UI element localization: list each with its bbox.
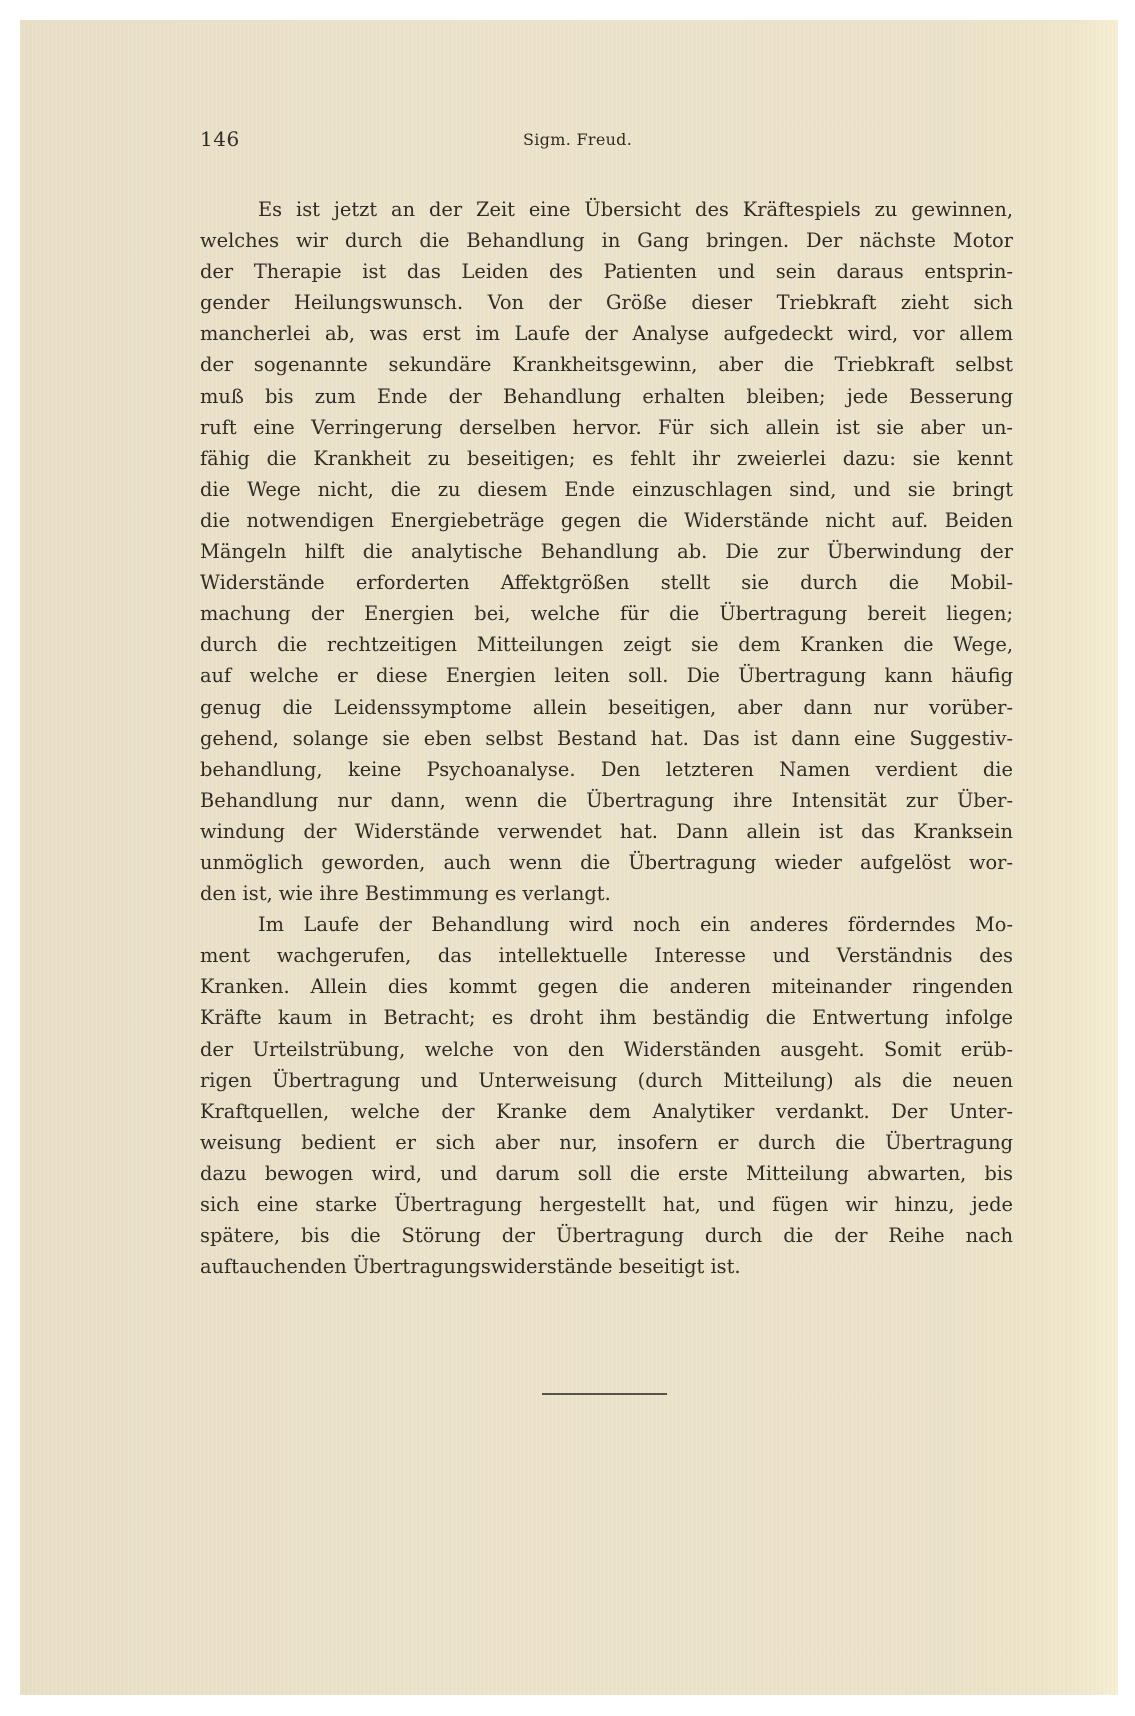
text-line: Behandlung nur dann, wenn die Übertragun… — [200, 785, 1013, 816]
text-line: ruft eine Verringerung derselben hervor.… — [200, 412, 1013, 443]
text-line: fähig die Krankheit zu beseitigen; es fe… — [200, 443, 1013, 474]
text-line: Kraftquellen, welche der Kranke dem Anal… — [200, 1096, 1013, 1127]
text-line: Mängeln hilft die analytische Behandlung… — [200, 536, 1013, 567]
text-line: machung der Energien bei, welche für die… — [200, 598, 1013, 629]
text-line: gender Heilungswunsch. Von der Größe die… — [200, 287, 1013, 318]
text-line: muß bis zum Ende der Behandlung erhalten… — [200, 381, 1013, 412]
paragraph-2: Im Laufe der Behandlung wird noch ein an… — [200, 909, 1013, 1282]
text-line: genug die Leidenssymptome allein beseiti… — [200, 692, 1013, 723]
text-line: den ist, wie ihre Bestimmung es verlangt… — [200, 878, 1013, 909]
paragraph-1: Es ist jetzt an der Zeit eine Übersicht … — [200, 194, 1013, 909]
text-line: welches wir durch die Behandlung in Gang… — [200, 225, 1013, 256]
text-line: ment wachgerufen, das intellektuelle Int… — [200, 940, 1013, 971]
text-line: Es ist jetzt an der Zeit eine Übersicht … — [200, 194, 1013, 225]
book-page: 146 Sigm. Freud. Es ist jetzt an der Zei… — [20, 20, 1118, 1695]
text-line: rigen Übertragung und Unterweisung (durc… — [200, 1065, 1013, 1096]
text-line: die notwendigen Energiebeträge gegen die… — [200, 505, 1013, 536]
running-title: Sigm. Freud. — [523, 130, 632, 149]
text-line: unmöglich geworden, auch wenn die Übertr… — [200, 847, 1013, 878]
text-line: die Wege nicht, die zu diesem Ende einzu… — [200, 474, 1013, 505]
text-line: der Urteilstrübung, welche von den Wider… — [200, 1034, 1013, 1065]
text-line: behandlung, keine Psychoanalyse. Den let… — [200, 754, 1013, 785]
text-line: auftauchenden Übertragungswiderstände be… — [200, 1251, 1013, 1282]
text-line: Widerstände erforderten Affektgrößen ste… — [200, 567, 1013, 598]
text-line: spätere, bis die Störung der Übertragung… — [200, 1220, 1013, 1251]
text-line: weisung bedient er sich aber nur, insofe… — [200, 1127, 1013, 1158]
text-line: Im Laufe der Behandlung wird noch ein an… — [200, 909, 1013, 940]
section-end-rule — [542, 1393, 667, 1395]
text-line: Kranken. Allein dies kommt gegen die and… — [200, 971, 1013, 1002]
text-line: mancherlei ab, was erst im Laufe der Ana… — [200, 318, 1013, 349]
text-line: durch die rechtzeitigen Mitteilungen zei… — [200, 629, 1013, 660]
text-line: windung der Widerstände verwendet hat. D… — [200, 816, 1013, 847]
text-line: Kräfte kaum in Betracht; es droht ihm be… — [200, 1002, 1013, 1033]
body-text: Es ist jetzt an der Zeit eine Übersicht … — [200, 194, 1013, 1282]
text-line: auf welche er diese Energien leiten soll… — [200, 660, 1013, 691]
text-line: sich eine starke Übertragung hergestellt… — [200, 1189, 1013, 1220]
running-header: 146 Sigm. Freud. — [200, 127, 1012, 163]
text-line: der sogenannte sekundäre Krankheitsgewin… — [200, 349, 1013, 380]
page-number: 146 — [200, 127, 240, 151]
text-line: der Therapie ist das Leiden des Patiente… — [200, 256, 1013, 287]
text-line: gehend, solange sie eben selbst Bestand … — [200, 723, 1013, 754]
text-line: dazu bewogen wird, und darum soll die er… — [200, 1158, 1013, 1189]
